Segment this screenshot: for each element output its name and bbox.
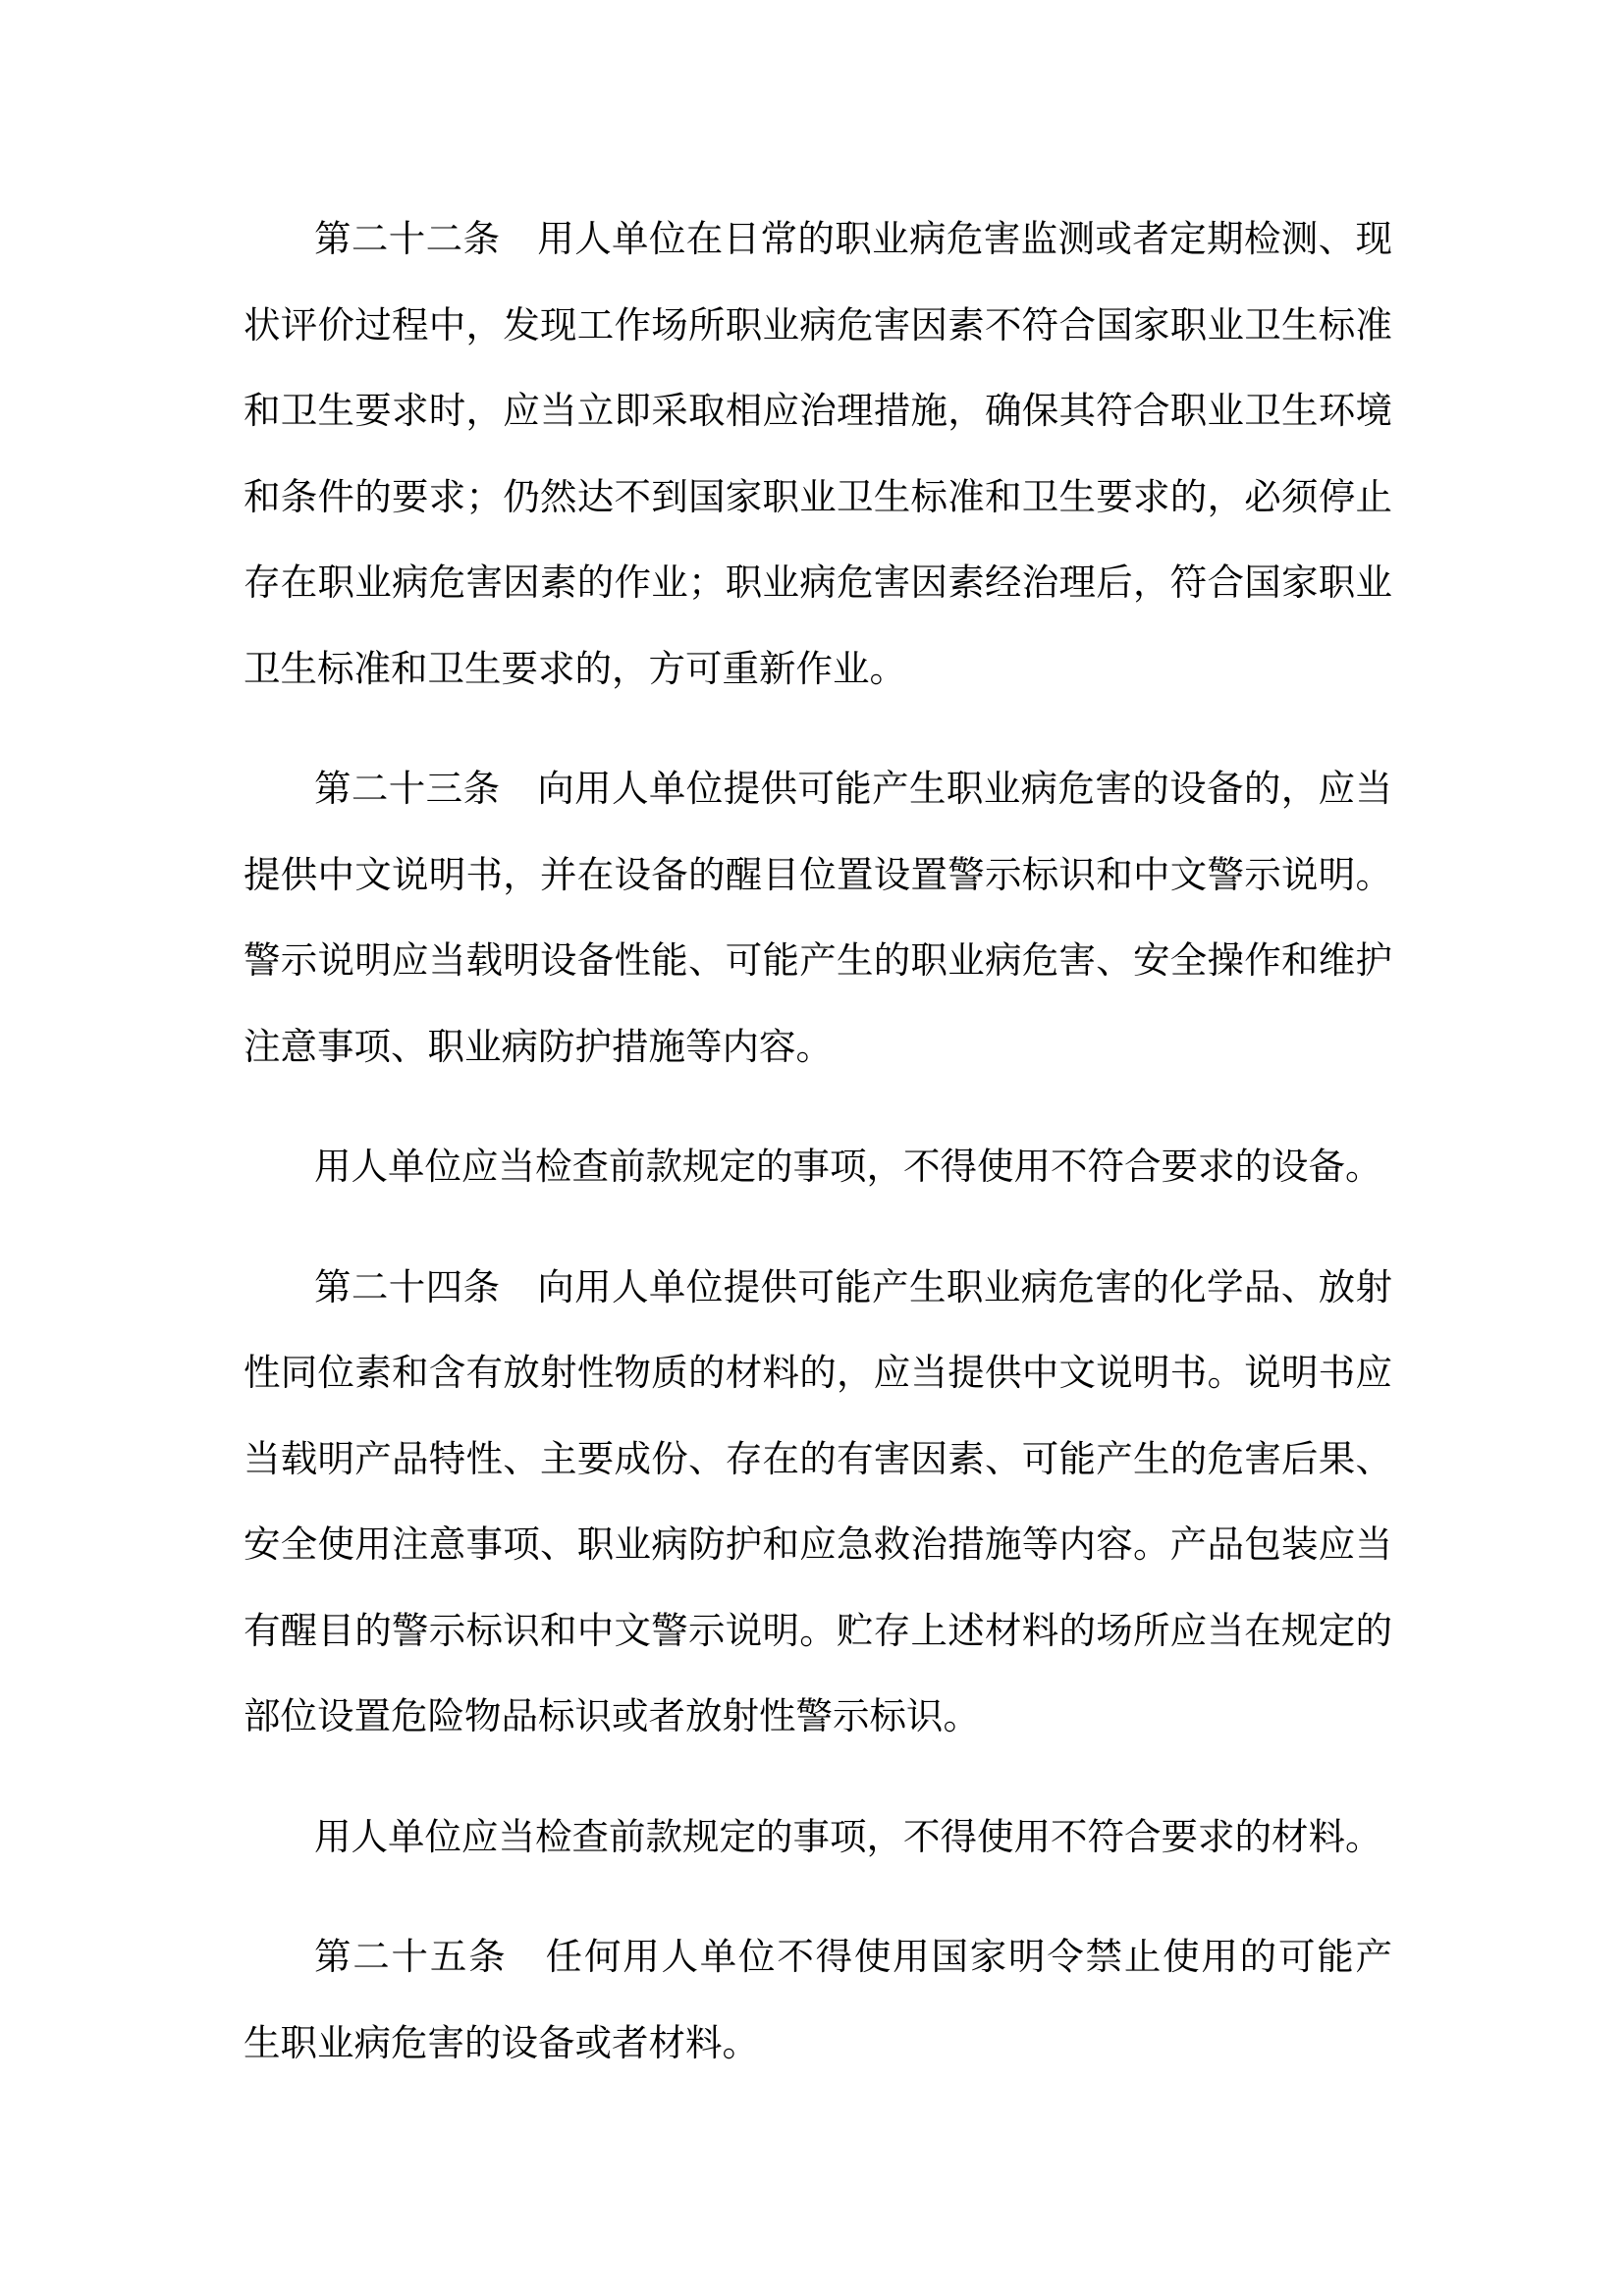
text-line: 安全使用注意事项、职业病防护和应急救治措施等内容。产品包装应当	[244, 1502, 1392, 1588]
paragraph-article-25: 第二十五条 任何用人单位不得使用国家明令禁止使用的可能产 生职业病危害的设备或者…	[244, 1914, 1392, 2086]
text-line: 用人单位应当检查前款规定的事项，不得使用不符合要求的设备。	[244, 1124, 1392, 1210]
text-line: 部位设置危险物品标识或者放射性警示标识。	[244, 1674, 1392, 1760]
text-line: 生职业病危害的设备或者材料。	[244, 2001, 1392, 2087]
text-line: 第二十二条 用人单位在日常的职业病危害监测或者定期检测、现	[244, 196, 1392, 283]
paragraph-article-24-clause-2: 用人单位应当检查前款规定的事项，不得使用不符合要求的材料。	[244, 1794, 1392, 1881]
text-line: 卫生标准和卫生要求的，方可重新作业。	[244, 626, 1392, 713]
paragraph-article-22: 第二十二条 用人单位在日常的职业病危害监测或者定期检测、现 状评价过程中，发现工…	[244, 196, 1392, 712]
document-body: 第二十二条 用人单位在日常的职业病危害监测或者定期检测、现 状评价过程中，发现工…	[244, 196, 1392, 2086]
text-line: 当载明产品特性、主要成份、存在的有害因素、可能产生的危害后果、	[244, 1416, 1392, 1503]
text-line: 警示说明应当载明设备性能、可能产生的职业病危害、安全操作和维护	[244, 918, 1392, 1004]
text-line: 注意事项、职业病防护措施等内容。	[244, 1004, 1392, 1091]
paragraph-article-24: 第二十四条 向用人单位提供可能产生职业病危害的化学品、放射 性同位素和含有放射性…	[244, 1245, 1392, 1760]
text-line: 第二十三条 向用人单位提供可能产生职业病危害的设备的，应当	[244, 746, 1392, 832]
text-line: 提供中文说明书，并在设备的醒目位置设置警示标识和中文警示说明。	[244, 832, 1392, 919]
text-line: 状评价过程中，发现工作场所职业病危害因素不符合国家职业卫生标准	[244, 283, 1392, 369]
paragraph-article-23-clause-2: 用人单位应当检查前款规定的事项，不得使用不符合要求的设备。	[244, 1124, 1392, 1210]
text-line: 第二十四条 向用人单位提供可能产生职业病危害的化学品、放射	[244, 1245, 1392, 1331]
paragraph-article-23: 第二十三条 向用人单位提供可能产生职业病危害的设备的，应当 提供中文说明书，并在…	[244, 746, 1392, 1090]
text-line: 第二十五条 任何用人单位不得使用国家明令禁止使用的可能产	[244, 1914, 1392, 2001]
text-line: 有醒目的警示标识和中文警示说明。贮存上述材料的场所应当在规定的	[244, 1588, 1392, 1675]
text-line: 存在职业病危害因素的作业；职业病危害因素经治理后，符合国家职业	[244, 540, 1392, 626]
text-line: 和卫生要求时，应当立即采取相应治理措施，确保其符合职业卫生环境	[244, 368, 1392, 454]
document-page: 第二十二条 用人单位在日常的职业病危害监测或者定期检测、现 状评价过程中，发现工…	[0, 0, 1624, 2296]
text-line: 性同位素和含有放射性物质的材料的，应当提供中文说明书。说明书应	[244, 1330, 1392, 1416]
text-line: 用人单位应当检查前款规定的事项，不得使用不符合要求的材料。	[244, 1794, 1392, 1881]
text-line: 和条件的要求；仍然达不到国家职业卫生标准和卫生要求的，必须停止	[244, 454, 1392, 541]
